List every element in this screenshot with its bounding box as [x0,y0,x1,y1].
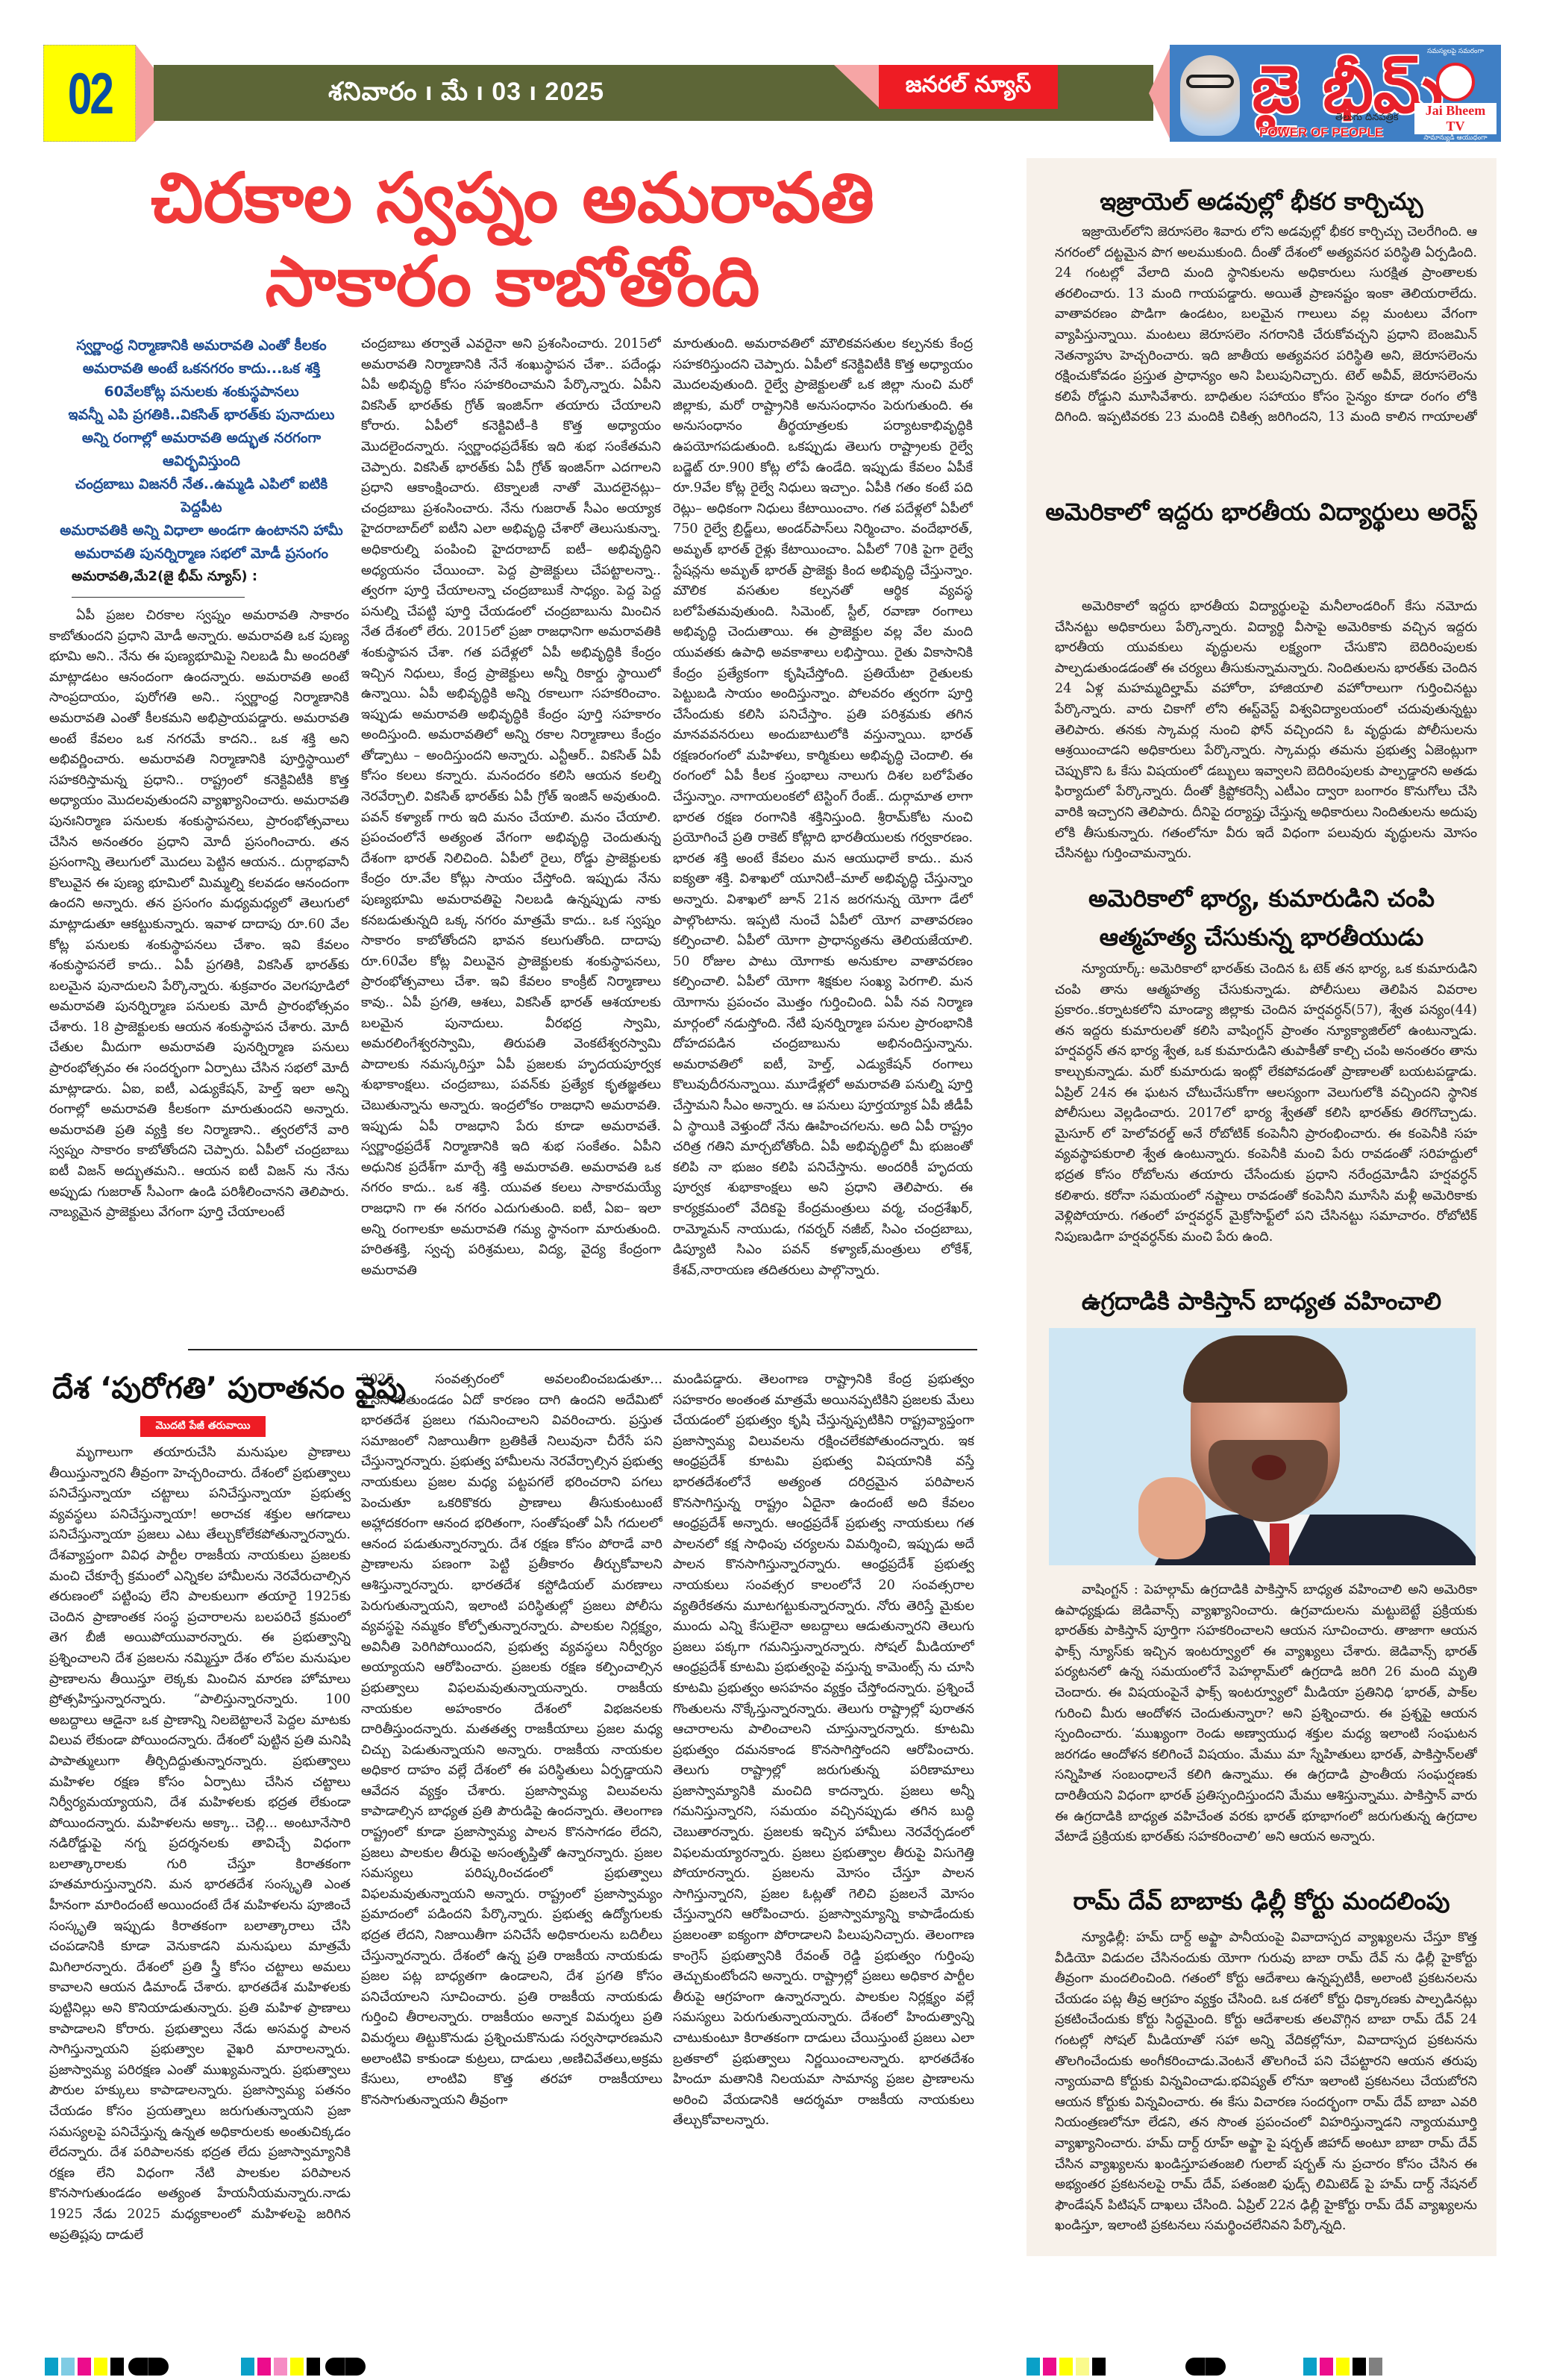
lead-headline-line1: చిరకాల స్వప్నం అమరావతి [46,157,979,240]
sidebar-story-4: వాషింగ్టన్ : పెహల్గామ్ ఉగ్రదాడికి పాకిస్… [1055,1580,1477,1859]
tv-brand-name: Jai Bheem TV [1414,103,1496,134]
color-swatch [1059,2358,1073,2376]
dateline: అమరావతి,మే2(జై భీమ్ న్యూస్) : [72,569,257,587]
registration-mark [1185,2358,1226,2376]
color-swatch [1303,2358,1317,2376]
article-text: అమెరికాలో ఇద్దరు భారతీయ విద్యార్థులపై మన… [1055,597,1477,862]
subhead: అన్ని రంగాల్లో అమరావతి అద్భుత నరగంగా ఆవి… [52,427,351,473]
second-column-1: మృగాలుగా తయారుచేసి మనుషుల ప్రాణాలు తీయిస… [49,1443,351,2243]
color-swatch [94,2358,107,2376]
lead-column-3: మారుతుంది. అమరావతిలో మౌలికవసతుల కల్పనకు … [673,334,973,1306]
color-swatch [1027,2358,1040,2376]
color-swatch [257,2358,271,2376]
issue-date: శనివారం ı మే ı 03 ı 2025 [328,78,604,113]
color-swatch [1092,2358,1106,2376]
photo-fist [1138,1477,1206,1559]
color-swatch [78,2358,91,2376]
lead-subheads: స్వర్ణాంధ్ర నిర్మాణానికి అమరావతి ఎంతో కీ… [52,334,351,566]
color-swatch [274,2358,287,2376]
lead-headline-line2: సాకారం కాబోతోంది [46,240,979,324]
portrait-icon [1180,55,1240,136]
article-text: న్యూఢిల్లీ: హమ్ దార్ద్ అఫ్జా పానీయంపై వి… [1055,1928,1477,2237]
subhead: చంద్రబాబు విజనరీ నేత..ఉమ్మడి ఎపిలో ఐటికి… [52,473,351,519]
sidebar-headline-2: అమెరికాలో ఇద్దరు భారతీయ విద్యార్థులు అరె… [1041,492,1482,531]
lead-headline: చిరకాల స్వప్నం అమరావతి సాకారం కాబోతోంది [46,157,979,324]
logo-edge [1149,45,1171,142]
continued-from-page-one-tag: మొదటి పేజీ తరువాయి [140,1416,266,1437]
color-registration-right-b [1303,2358,1382,2376]
color-registration-right-a [1027,2358,1106,2376]
page-number: 02 [67,60,111,128]
article-text: ఏపీ ప్రజల చిరకాల స్వప్నం అమరావతి సాకారం … [49,606,349,1224]
article-text: వాషింగ్టన్ : పెహల్గామ్ ఉగ్రదాడికి పాకిస్… [1055,1580,1477,1848]
subhead: అమరావతికి అన్ని విధాలా అండగా ఉంటానని హామ… [52,519,351,542]
tv-brand: సమస్యలపై సమరంగా Jai Bheem TV సామాన్యుడి … [1414,48,1496,139]
page-number-box: 02 [43,45,136,142]
color-swatch [1076,2358,1089,2376]
color-swatch [290,2358,304,2376]
sidebar-headline-1: ఇజ్రాయెల్ అడవుల్లో భీకర కార్చిచ్చు [1027,185,1496,218]
logo-tagline: POWER OF PEOPLE [1259,125,1383,140]
second-column-2: 2025 సంవత్సరంలో అవలంబించబడుతూ... కొనసాగు… [361,1370,662,2243]
subhead: ఇవన్నీ ఎపి ప్రగతికి..వికసిత్ భారత్‌కు పు… [52,404,351,427]
page-header: 02 శనివారం ı మే ı 03 ı 2025 జనరల్ న్యూస్… [0,45,1542,142]
article-text: 2025 సంవత్సరంలో అవలంబించబడుతూ... కొనసాగు… [361,1370,662,2111]
subhead: అమరావతి పునర్నిర్మాణ సభలో మోడీ ప్రసంగం [52,542,351,566]
sidebar-story-1: ఇజ్రాయెల్‌లోని జెరూసలెం శివారు లోని అడవు… [1055,222,1477,428]
second-headline: దేశ ‘పురోగతి’ పురాతనం వైపు [52,1370,406,1407]
sidebar-headline-4: ఉగ్రదాడికి పాకిస్తాన్ బాధ్యత వహించాలి [1027,1285,1496,1318]
article-text: మారుతుంది. అమరావతిలో మౌలికవసతుల కల్పనకు … [673,334,973,1281]
tv-tagline-bottom: సామాన్యుడి ఆయుధంగా [1414,134,1496,142]
lead-column-1: ఏపీ ప్రజల చిరకాల స్వప్నం అమరావతి సాకారం … [49,606,349,1306]
dateline-rule [72,597,245,598]
logo-subtitle: తెలుగు దినపత్రిక [1335,112,1399,125]
article-text: న్యూయార్క్: అమెరికాలో భారత్‌కు చెందిన ఓ … [1055,959,1477,1247]
subhead: స్వర్ణాంధ్ర నిర్మాణానికి అమరావతి ఎంతో కీ… [52,334,351,357]
article-text: మండిపడ్డారు. తెలంగాణ రాష్ట్రానికి కేంద్ర… [673,1370,974,2132]
color-registration-middle [241,2358,320,2376]
photo-tie [1270,1523,1289,1565]
tv-tagline-top: సమస్యలపై సమరంగా [1414,48,1496,57]
story-divider [188,1349,977,1350]
sidebar-story-2: అమెరికాలో ఇద్దరు భారతీయ విద్యార్థులపై మన… [1055,597,1477,862]
color-swatch [307,2358,320,2376]
registration-mark [325,2358,366,2376]
article-text: మృగాలుగా తయారుచేసి మనుషుల ప్రాణాలు తీయిస… [49,1443,351,2243]
subhead: 60వేలకోట్ల పనులకు శంకుస్థపానలు [52,381,351,404]
registration-mark [128,2358,169,2376]
color-swatch [1353,2358,1366,2376]
photo-mouth [1252,1455,1286,1480]
color-swatch [1369,2358,1382,2376]
color-swatch [45,2358,58,2376]
sidebar-headline-5: రామ్ దేవ్ బాబాకు ఢిల్లీ కోర్టు మందలింపు [1027,1885,1496,1917]
sidebar-story-5: న్యూఢిల్లీ: హమ్ దార్ద్ అఫ్జా పానీయంపై వి… [1055,1928,1477,2249]
color-swatch [1336,2358,1350,2376]
subhead: అమరావతి అంటే ఒకనగరం కాదు...ఒక శక్తి [52,357,351,381]
color-swatch [61,2358,75,2376]
photo-hair [1183,1335,1347,1403]
tv-seal-icon [1436,63,1475,101]
news-photo [1049,1328,1476,1565]
color-swatch [1043,2358,1056,2376]
masthead-logo: జై భీమ్ తెలుగు దినపత్రిక POWER OF PEOPLE… [1170,45,1501,142]
page-number-edge [136,45,155,142]
color-swatch [110,2358,124,2376]
sidebar-headline-3: అమెరికాలో భార్య, కుమారుడిని చంపి ఆత్మహత్… [1041,879,1482,956]
article-text: చంద్రబాబు తర్వాతే ఎవరైనా అని ప్రశంసించార… [361,334,661,1281]
article-text: ఇజ్రాయెల్‌లోని జెరూసలెం శివారు లోని అడవు… [1055,222,1477,428]
lead-column-2: చంద్రబాబు తర్వాతే ఎవరైనా అని ప్రశంసించార… [361,334,661,1306]
sidebar-story-3: న్యూయార్క్: అమెరికాలో భారత్‌కు చెందిన ఓ … [1055,959,1477,1295]
color-swatch [241,2358,254,2376]
color-registration-left [45,2358,124,2376]
section-tag: జనరల్ న్యూస్ [879,65,1058,109]
glasses-icon [1186,75,1234,88]
color-swatch [1320,2358,1333,2376]
second-column-3: మండిపడ్డారు. తెలంగాణ రాష్ట్రానికి కేంద్ర… [673,1370,974,2143]
